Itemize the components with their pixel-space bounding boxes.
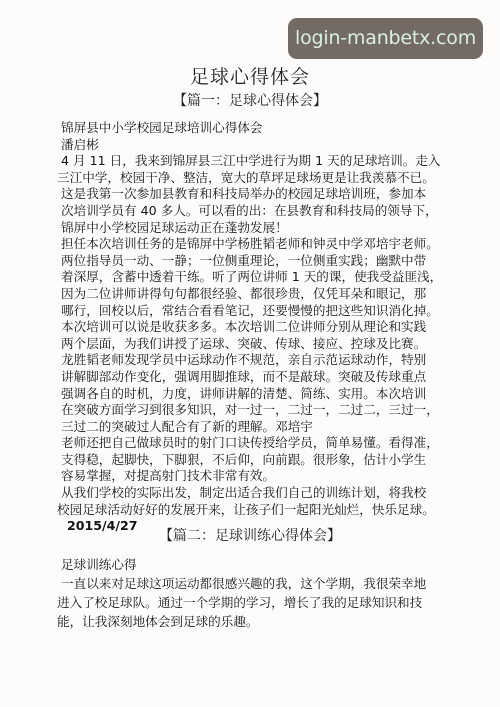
paragraph-line: 着深厚，含蓄中透着干练。听了两位讲师 1 天的课，使我受益匪浅， [61, 269, 493, 286]
paragraph-line: 老师还把自己做球员时的射门口诀传授给学员，简单易懂。看得准， [61, 435, 493, 452]
section-2-heading: 【篇二：足球训练心得体会】 [50, 525, 450, 545]
paragraph-line: 本次培训可以说是收获多多。本次培训二位讲师分别从理论和实践 [61, 319, 493, 336]
document-title: 足球心得体会 [0, 62, 500, 89]
paragraph-line: 支得稳，起脚快，下脚狠，不后仰，向前跟。很形象，估计小学生 [61, 452, 493, 469]
section-1-subtitle: 锦屏县中小学校园足球培训心得体会 [61, 120, 493, 137]
paragraph-line: 龙胜韬老师发现学员中运球动作不规范，亲自示范运球动作，特别 [61, 352, 493, 369]
paragraph-line: 锦屏中小学校园足球运动正在蓬勃发展！ [61, 220, 493, 237]
paragraph-line: 能，让我深刻地体会到足球的乐趣。 [57, 612, 493, 631]
paragraph-line: 因为二位讲师讲得句句都很经验、都很珍贵，仅凭耳朵和眼记，那 [61, 286, 493, 303]
paragraph-line: 三江中学，校园干净、整洁，宽大的草坪足球场更是让我羡慕不已。 [57, 170, 493, 187]
paragraph-line: 这是我第一次参加县教育和科技局举办的校园足球培训班，参加本 [61, 186, 493, 203]
section-2-body: 足球训练心得 一直以来对足球这项运动都很感兴趣的我，这个学期，我很荣幸地 进入了… [61, 555, 493, 631]
section-1-body: 锦屏县中小学校园足球培训心得体会 潘启彬 4 月 11 日，我来到锦屏县三江中学… [61, 120, 493, 535]
paragraph-line: 讲解脚部动作变化，强调用脚推球，而不是敲球。突破及传球重点 [61, 369, 493, 386]
paragraph-line: 在突破方面学习到很多知识，对一过一，二过一，二过二，三过一， [61, 402, 493, 419]
paragraph-line: 从我们学校的实际出发，制定出适合我们自己的训练计划，将我校 [61, 485, 493, 502]
section-2-subtitle: 足球训练心得 [61, 555, 493, 574]
author-name: 潘启彬 [61, 137, 493, 154]
paragraph-line: 容易掌握，对提高射门技术非常有效。 [61, 468, 493, 485]
paragraph-line: 担任本次培训任务的是锦屏中学杨胜韬老师和钟灵中学邓培宇老师。 [61, 236, 493, 253]
paragraph-line: 次培训学员有 40 多人。可以看的出：在县教育和科技局的领导下， [61, 203, 493, 220]
paragraph-line: 两个层面，为我们讲授了运球、突破、传球、接应、控球及比赛。 [61, 336, 493, 353]
paragraph-line: 强调各自的时机，力度，讲师讲解的清楚、简练、实用。本次培训 [61, 386, 493, 403]
paragraph-line: 三过二的突破过人配合有了新的理解。邓培宇 [61, 419, 493, 436]
paragraph-line: 4 月 11 日，我来到锦屏县三江中学进行为期 1 天的足球培训。走入 [61, 153, 493, 170]
watermark-badge: login-manbetx.com [288, 18, 483, 59]
paragraph-line: 校园足球活动好好的发展开来，让孩子们一起阳光灿烂，快乐足球。 [57, 502, 493, 519]
paragraph-line: 两位指导员一动、一静；一位侧重理论，一位侧重实践；幽默中带 [61, 253, 493, 270]
section-1-heading: 【篇一：足球心得体会】 [0, 90, 500, 110]
paragraph-line: 哪行，回校以后，常结合看看笔记，还要慢慢的把这些知识消化掉。 [61, 303, 493, 320]
paragraph-line: 进入了校足球队。通过一个学期的学习，增长了我的足球知识和技 [57, 593, 493, 612]
paragraph-line: 一直以来对足球这项运动都很感兴趣的我，这个学期，我很荣幸地 [61, 574, 493, 593]
